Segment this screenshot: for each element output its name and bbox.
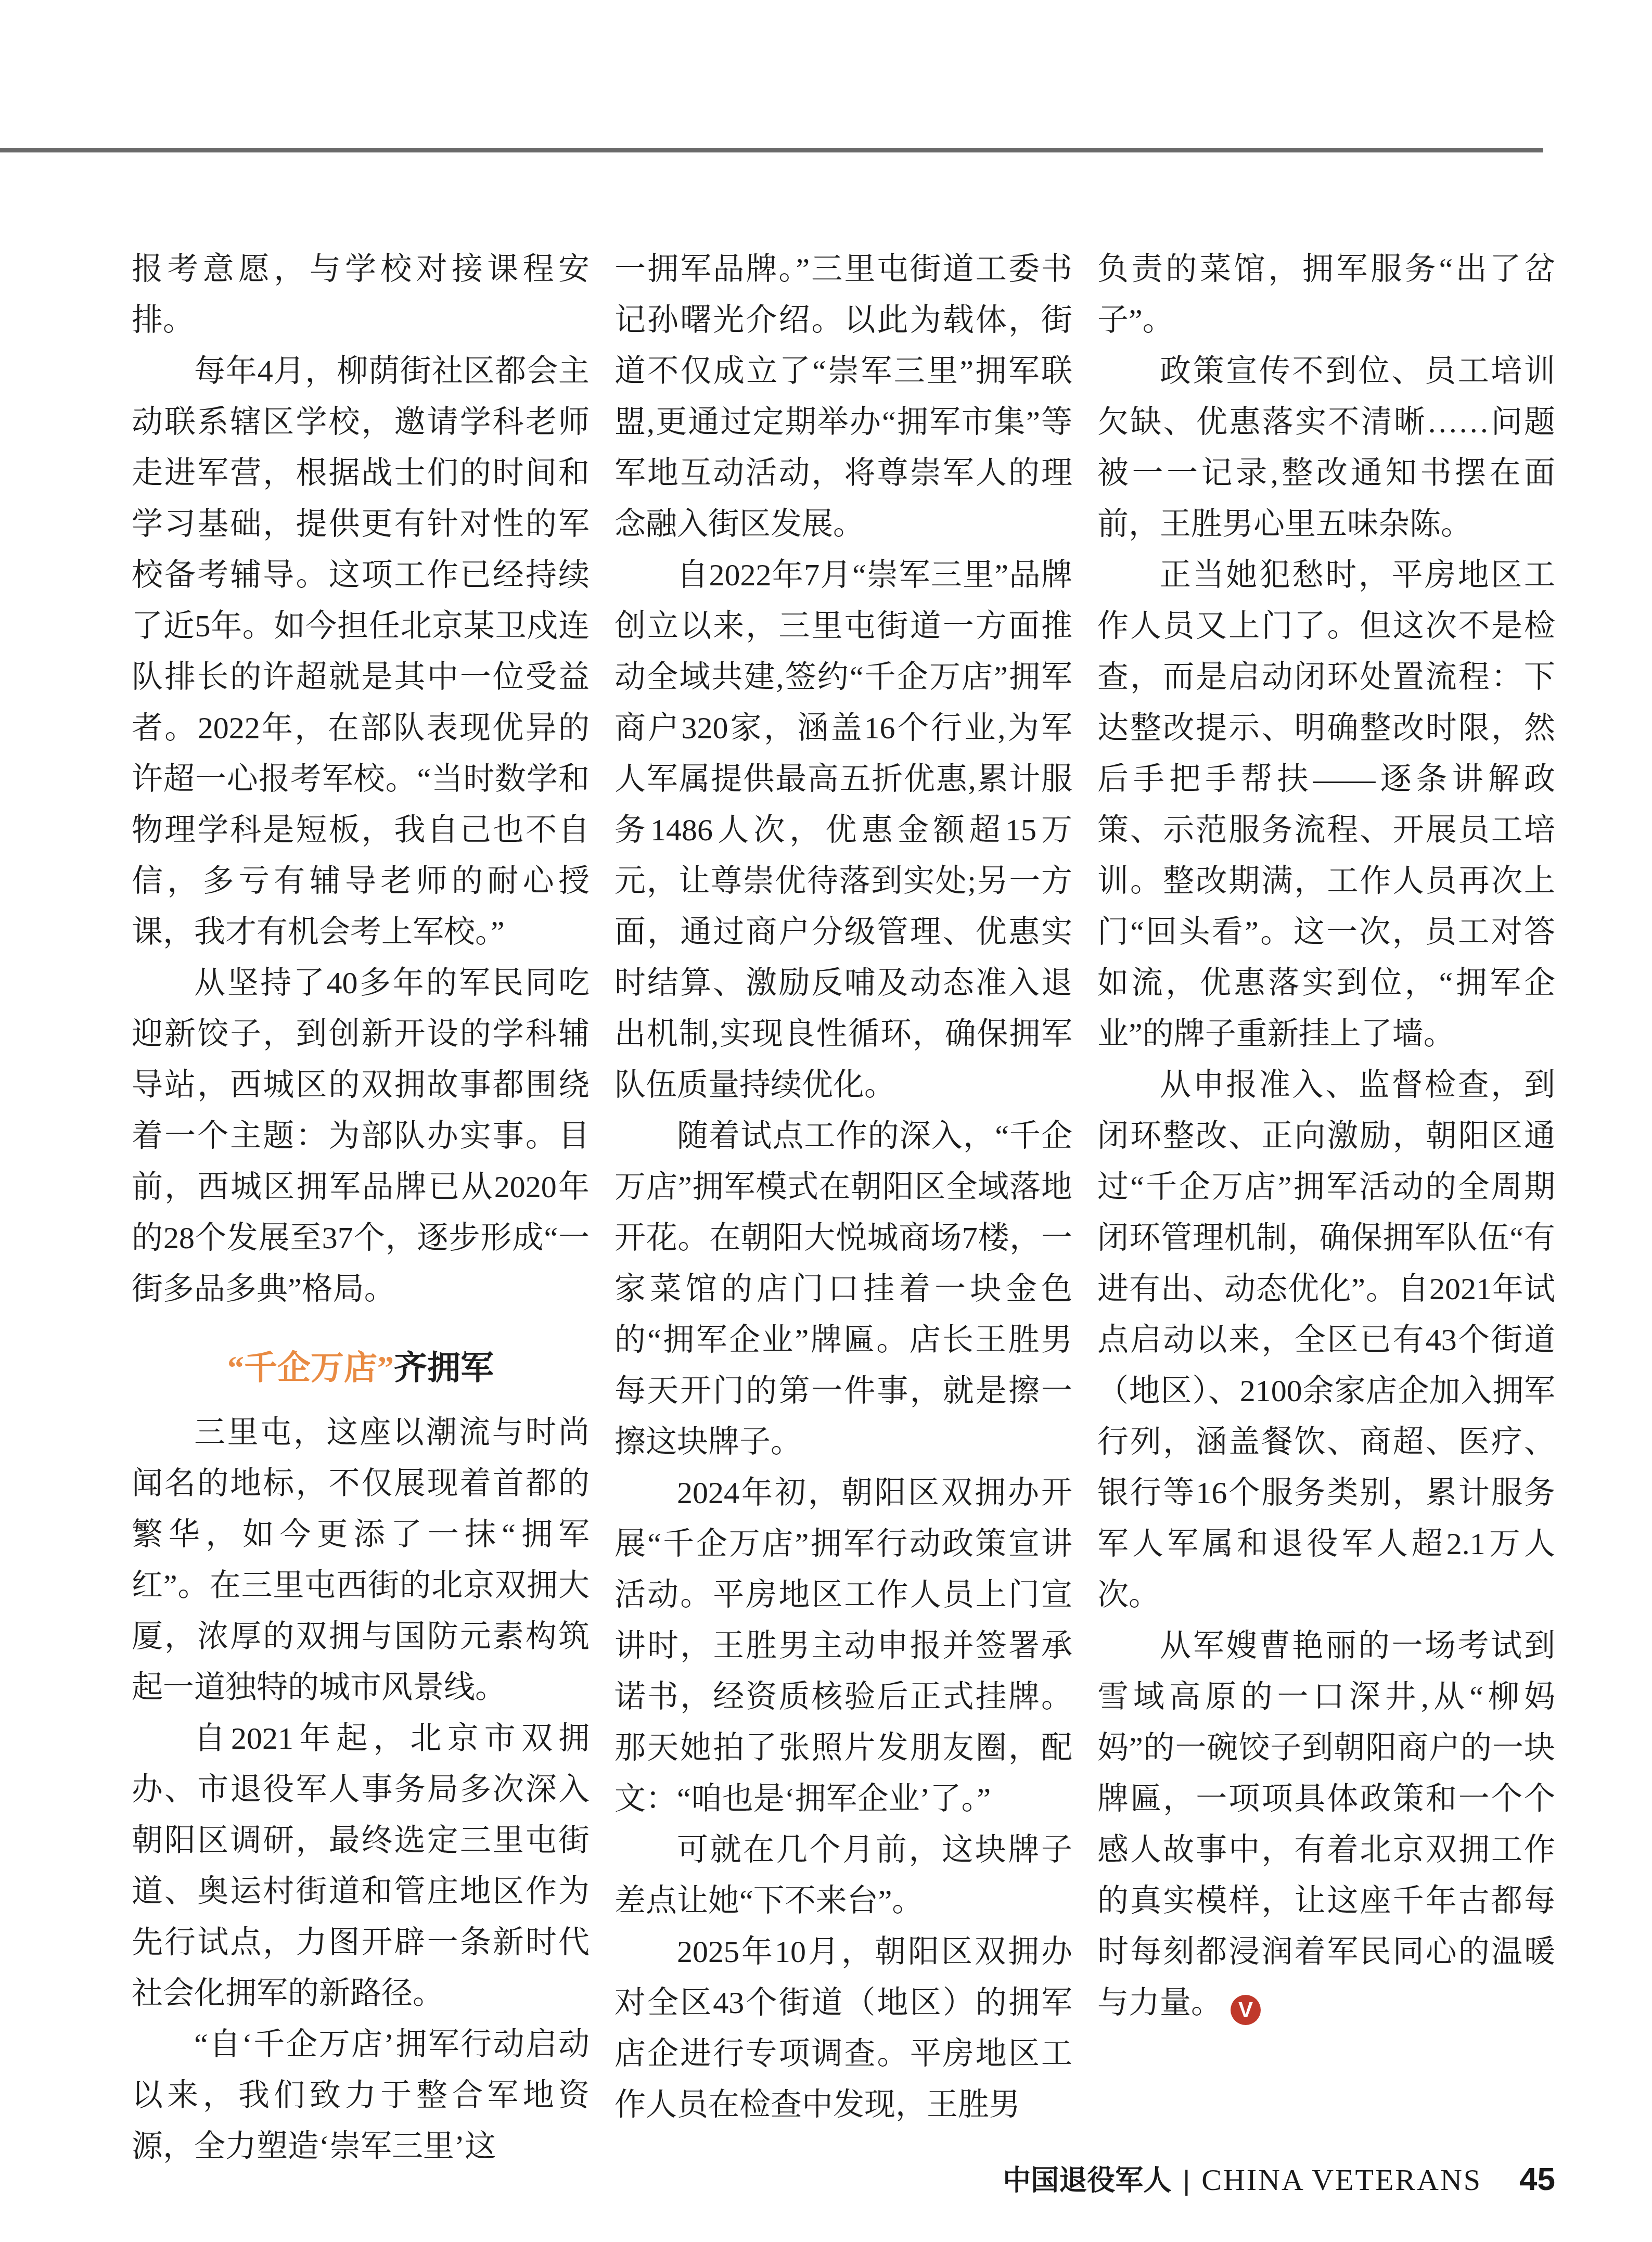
paragraph: 一拥军品牌。”三里屯街道工委书记孙曙光介绍。以此为载体，街道不仅成立了“崇军三里… — [614, 244, 1072, 549]
column-3: 负责的菜馆，拥军服务“出了岔子”。 政策宣传不到位、员工培训欠缺、优惠落实不清晰… — [1097, 244, 1555, 2172]
footer-separator: | — [1183, 2164, 1190, 2197]
article-columns: 报考意愿，与学校对接课程安排。 每年4月，柳荫街社区都会主动联系辖区学校，邀请学… — [132, 244, 1555, 2172]
paragraph: 报考意愿，与学校对接课程安排。 — [132, 244, 590, 345]
paragraph: 政策宣传不到位、员工培训欠缺、优惠落实不清晰……问题被一一记录,整改通知书摆在面… — [1097, 345, 1555, 549]
paragraph: 自2021年起，北京市双拥办、市退役军人事务局多次深入朝阳区调研，最终选定三里屯… — [132, 1713, 590, 2019]
paragraph: 2025年10月，朝阳区双拥办对全区43个街道（地区）的拥军店企进行专项调查。平… — [614, 1926, 1072, 2130]
paragraph: 每年4月，柳荫街社区都会主动联系辖区学校，邀请学科老师走进军营，根据战士们的时间… — [132, 345, 590, 957]
paragraph: 自2022年7月“崇军三里”品牌创立以来，三里屯街道一方面推动全域共建,签约“千… — [614, 549, 1072, 1110]
top-divider-line — [0, 148, 1543, 152]
column-2: 一拥军品牌。”三里屯街道工委书记孙曙光介绍。以此为载体，街道不仅成立了“崇军三里… — [614, 244, 1072, 2172]
column-1: 报考意愿，与学校对接课程安排。 每年4月，柳荫街社区都会主动联系辖区学校，邀请学… — [132, 244, 590, 2172]
magazine-name-cn: 中国退役军人 — [1003, 2158, 1171, 2198]
paragraph: 可就在几个月前，这块牌子差点让她“下不来台”。 — [614, 1824, 1072, 1926]
section-heading-highlight: “千企万店” — [227, 1349, 394, 1386]
paragraph: 随着试点工作的深入，“千企万店”拥军模式在朝阳区全域落地开花。在朝阳大悦城商场7… — [614, 1110, 1072, 1467]
magazine-name-en: CHINA VETERANS — [1201, 2162, 1482, 2197]
paragraph-with-end-mark: 从军嫂曹艳丽的一场考试到雪域高原的一口深井,从“柳妈妈”的一碗饺子到朝阳商户的一… — [1097, 1620, 1555, 2028]
page-footer: 中国退役军人 | CHINA VETERANS 45 — [1003, 2158, 1555, 2198]
section-heading-rest: 齐拥军 — [394, 1349, 494, 1386]
paragraph: “自‘千企万店’拥军行动启动以来，我们致力于整合军地资源，全力塑造‘崇军三里’这 — [132, 2019, 590, 2172]
page-number: 45 — [1519, 2161, 1555, 2198]
paragraph: 从坚持了40多年的军民同吃迎新饺子，到创新开设的学科辅导站，西城区的双拥故事都围… — [132, 957, 590, 1314]
paragraph: 2024年初，朝阳区双拥办开展“千企万店”拥军行动政策宣讲活动。平房地区工作人员… — [614, 1467, 1072, 1824]
article-end-mark-icon: V — [1231, 1995, 1261, 2025]
paragraph: 三里屯，这座以潮流与时尚闻名的地标，不仅展现着首都的繁华，如今更添了一抹“拥军红… — [132, 1407, 590, 1713]
paragraph: 正当她犯愁时，平房地区工作人员又上门了。但这次不是检查，而是启动闭环处置流程：下… — [1097, 549, 1555, 1059]
paragraph-text: 从军嫂曹艳丽的一场考试到雪域高原的一口深井,从“柳妈妈”的一碗饺子到朝阳商户的一… — [1097, 1629, 1555, 2020]
magazine-page: 报考意愿，与学校对接课程安排。 每年4月，柳荫街社区都会主动联系辖区学校，邀请学… — [0, 0, 1652, 2242]
section-heading: “千企万店”齐拥军 — [132, 1342, 590, 1393]
paragraph: 负责的菜馆，拥军服务“出了岔子”。 — [1097, 244, 1555, 345]
paragraph: 从申报准入、监督检查，到闭环整改、正向激励，朝阳区通过“千企万店”拥军活动的全周… — [1097, 1059, 1555, 1620]
